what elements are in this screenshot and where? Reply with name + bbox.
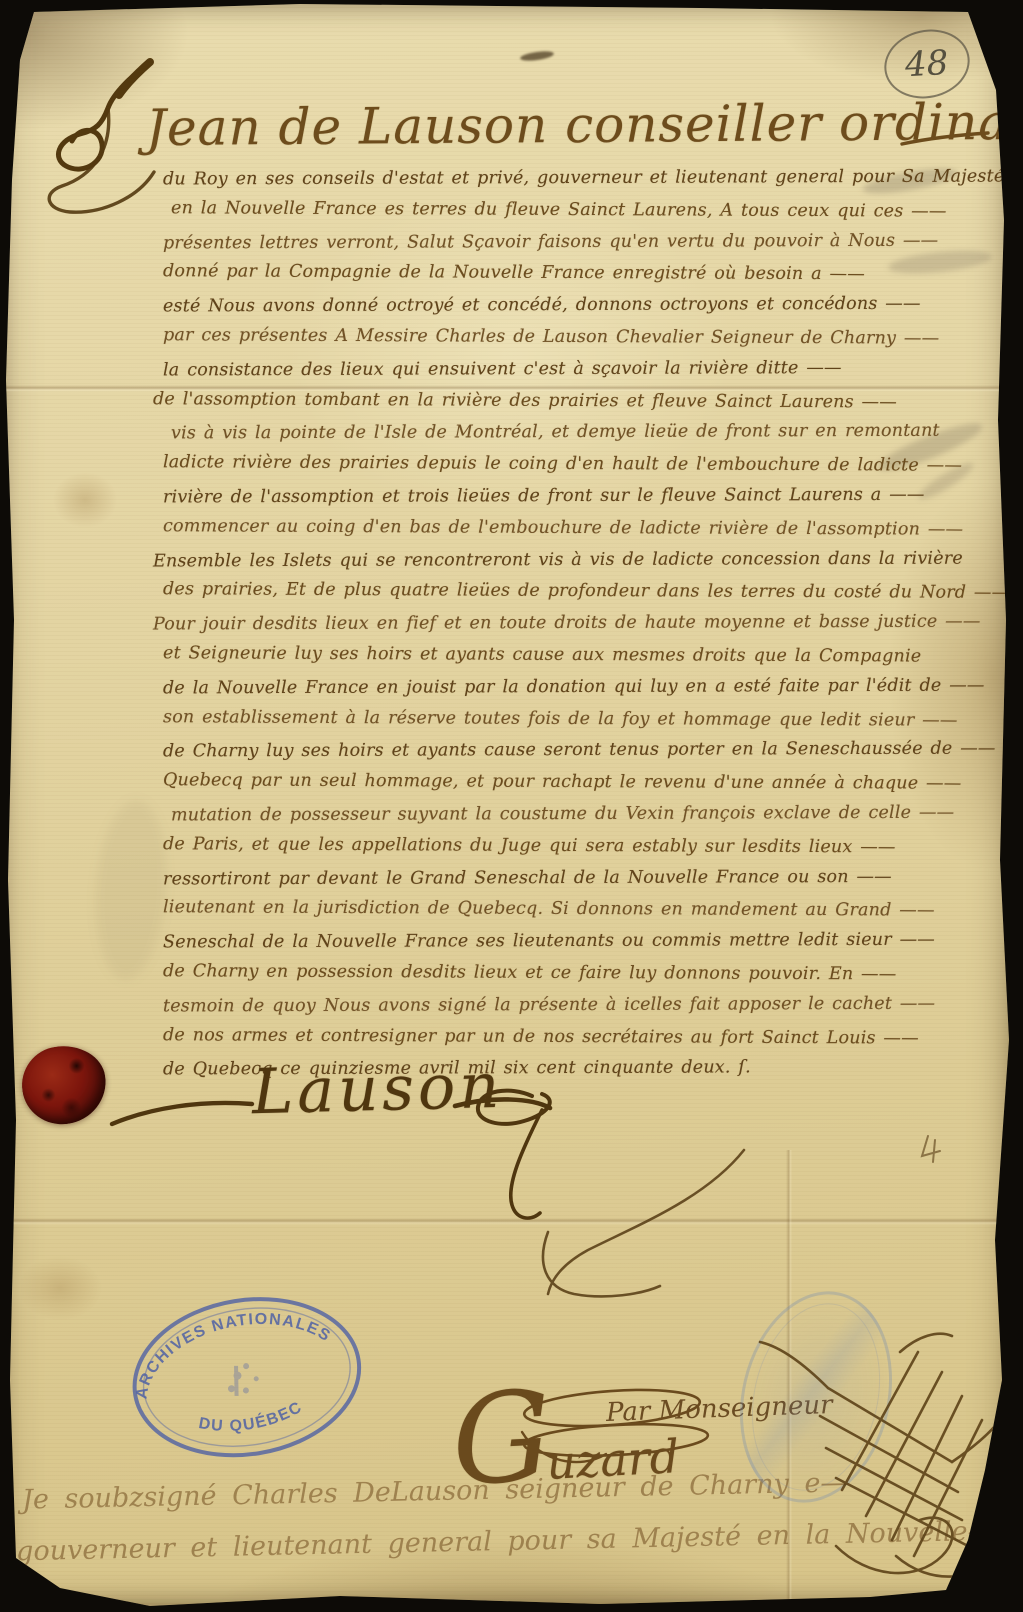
body-line: rivière de l'assomption et trois lieües …: [163, 485, 983, 520]
archives-stamp: ARCHIVES NATIONALES DU QUÉBEC: [114, 1276, 381, 1480]
body-line: Pour jouir desdits lieux en fief et en t…: [153, 612, 983, 647]
page-number: 48: [904, 43, 949, 85]
body-line: de Charny en possession desdits lieux et…: [163, 961, 983, 996]
body-line: ressortiront par devant le Grand Senesch…: [163, 866, 983, 901]
body-line: et Seigneurie luy ses hoirs et ayants ca…: [163, 643, 983, 678]
body-line: esté Nous avons donné octroyé et concédé…: [163, 294, 983, 329]
body-line: des prairies, Et de plus quatre lieües d…: [163, 580, 983, 615]
body-line: de l'assomption tombant en la rivière de…: [153, 389, 983, 424]
ink-blot: [520, 50, 555, 63]
fold-crease-lower: [0, 1218, 1023, 1225]
body-line: commencer au coing d'en bas de l'embouch…: [163, 516, 983, 551]
body-line: vis à vis la pointe de l'Isle de Montréa…: [171, 421, 983, 456]
wax-seal: [17, 1041, 111, 1130]
pen-flourish-curves: [543, 1136, 940, 1296]
scanned-manuscript: 48 Jean de Lauson conseiller ordinaire d…: [0, 0, 1023, 1612]
body-line: ladicte rivière des prairies depuis le c…: [163, 452, 983, 487]
body-line: Ensemble les Islets qui se rencontreront…: [153, 548, 983, 583]
stamp-emblem: [224, 1362, 260, 1398]
body-line: par ces présentes A Messire Charles de L…: [163, 325, 983, 360]
show-through-stain: [90, 798, 172, 982]
body-line: Quebecq par un seul hommage, et pour rac…: [163, 770, 983, 805]
body-line: présentes lettres verront, Salut Sçavoir…: [163, 230, 983, 265]
body-line: Seneschal de la Nouvelle France ses lieu…: [163, 930, 983, 965]
body-line: en la Nouvelle France es terres du fleuv…: [171, 198, 983, 233]
body-line: de Charny luy ses hoirs et ayants cause …: [163, 739, 983, 774]
body-line: donné par la Compagnie de la Nouvelle Fr…: [163, 262, 983, 297]
initial-flourish: [49, 62, 154, 212]
lauson-lead-stroke: [112, 1103, 252, 1124]
body-line: de Paris, et que les appellations du Jug…: [163, 834, 983, 869]
body-line: lieutenant en la jurisdiction de Quebecq…: [163, 898, 983, 933]
paper-sheet: 48 Jean de Lauson conseiller ordinaire d…: [0, 0, 1023, 1612]
stamp-outer-ring: [123, 1283, 370, 1470]
attestation-line: gouverneur et lieutenant general pour sa…: [16, 1516, 995, 1567]
body-line: de la Nouvelle France en jouist par la d…: [163, 675, 983, 710]
manuscript-body: du Roy en ses conseils d'estat et privé,…: [163, 168, 983, 1090]
signature-lauson: Lauson: [251, 1049, 504, 1129]
body-line: la consistance des lieux qui ensuivent c…: [163, 357, 983, 392]
body-line: tesmoin de quoy Nous avons signé la prés…: [163, 993, 983, 1028]
body-line: son establissement à la réserve toutes f…: [163, 707, 983, 742]
body-line: mutation de possesseur suyvant la coustu…: [171, 803, 983, 838]
document-heading: Jean de Lauson conseiller ordinaire: [146, 93, 1006, 157]
body-line: du Roy en ses conseils d'estat et privé,…: [163, 167, 983, 202]
